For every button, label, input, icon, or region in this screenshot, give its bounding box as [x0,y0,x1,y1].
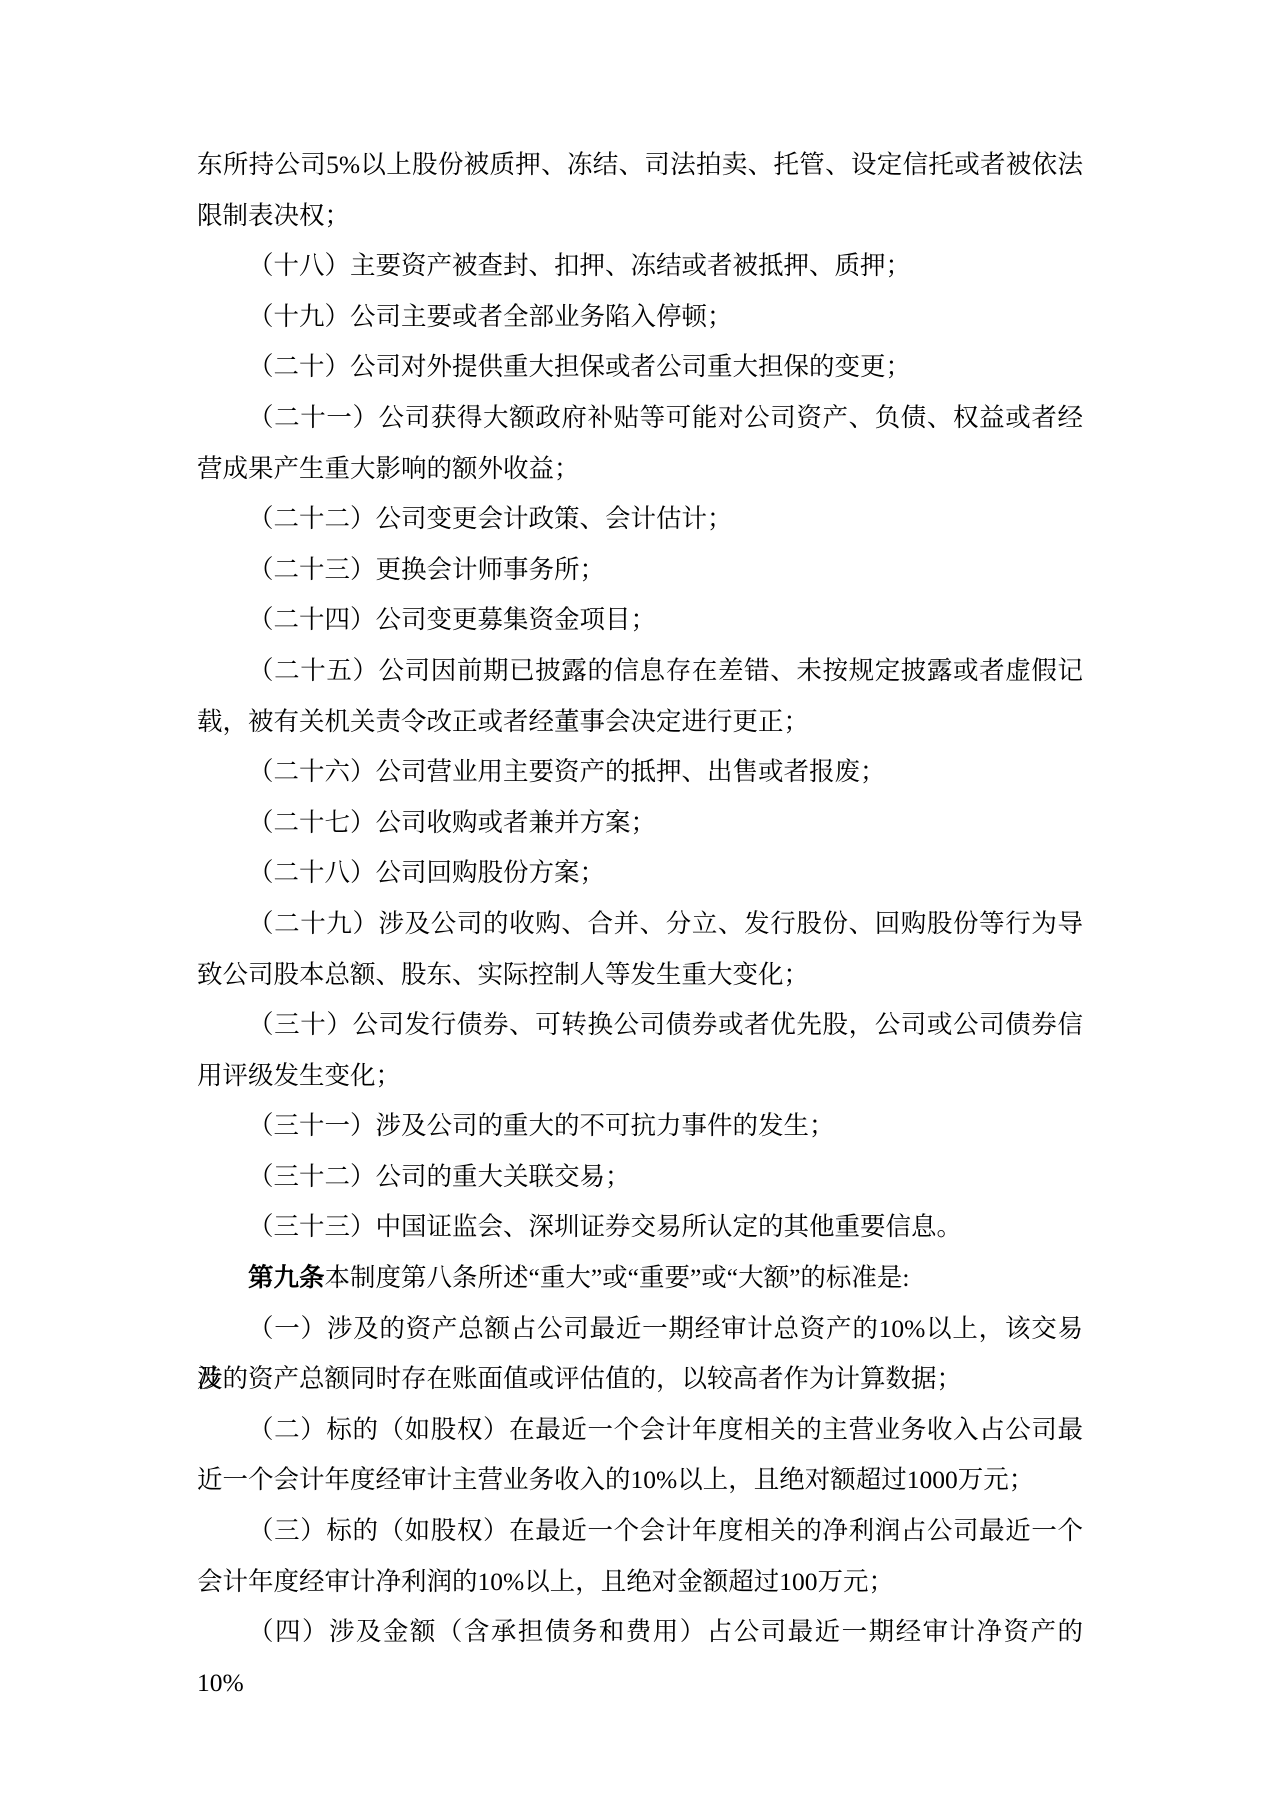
line-text: （二十七）公司收购或者兼并方案； [248,808,656,837]
line-text: （十九）公司主要或者全部业务陷入停顿； [248,302,733,331]
text-line: （三十一）涉及公司的重大的不可抗力事件的发生； [197,1101,1083,1152]
line-text: （二十三）更换会计师事务所； [248,555,605,584]
line-text: 载，被有关机关责令改正或者经董事会决定进行更正； [197,707,809,736]
line-text: （二十六）公司营业用主要资产的抵押、出售或者报废； [248,757,886,786]
line-text: （三）标的（如股权）在最近一个会计年度相关的净利润占公司最近一个 [248,1516,1083,1545]
line-text: （二十一）公司获得大额政府补贴等可能对公司资产、负债、权益或者经 [248,403,1083,432]
line-text: 用评级发生变化； [197,1061,401,1090]
text-line: （二十一）公司获得大额政府补贴等可能对公司资产、负债、权益或者经 [197,393,1083,444]
line-text: （四）涉及金额（含承担债务和费用）占公司最近一期经审计净资产的10% [197,1617,1083,1697]
text-line: 限制表决权； [197,191,1083,242]
text-line: （二十五）公司因前期已披露的信息存在差错、未按规定披露或者虚假记 [197,646,1083,697]
line-text: （二十五）公司因前期已披露的信息存在差错、未按规定披露或者虚假记 [248,656,1083,685]
text-line: （二十七）公司收购或者兼并方案； [197,798,1083,849]
line-text: （三十一）涉及公司的重大的不可抗力事件的发生； [248,1111,835,1140]
line-text: 近一个会计年度经审计主营业务收入的10%以上，且绝对额超过1000万元； [197,1465,1034,1494]
line-text: （三十）公司发行债券、可转换公司债券或者优先股，公司或公司债券信 [248,1010,1083,1039]
line-text: （二十九）涉及公司的收购、合并、分立、发行股份、回购股份等行为导 [248,909,1083,938]
text-line: 东所持公司5%以上股份被质押、冻结、司法拍卖、托管、设定信托或者被依法 [197,140,1083,191]
text-line: 致公司股本总额、股东、实际控制人等发生重大变化； [197,950,1083,1001]
text-line: 近一个会计年度经审计主营业务收入的10%以上，且绝对额超过1000万元； [197,1455,1083,1506]
line-text: （二十二）公司变更会计政策、会计估计； [248,504,733,533]
text-line: 用评级发生变化； [197,1051,1083,1102]
text-line: （一）涉及的资产总额占公司最近一期经审计总资产的10%以上，该交易涉 [197,1304,1083,1355]
text-line: （二十四）公司变更募集资金项目； [197,595,1083,646]
text-line: （二十八）公司回购股份方案； [197,848,1083,899]
document-page: 东所持公司5%以上股份被质押、冻结、司法拍卖、托管、设定信托或者被依法限制表决权… [0,0,1280,1811]
text-line: （三十二）公司的重大关联交易； [197,1152,1083,1203]
line-text: 东所持公司5%以上股份被质押、冻结、司法拍卖、托管、设定信托或者被依法 [197,150,1083,179]
article-number-bold: 第九条 [248,1263,325,1292]
line-text: 限制表决权； [197,201,350,230]
text-line: （二十三）更换会计师事务所； [197,545,1083,596]
document-body: 东所持公司5%以上股份被质押、冻结、司法拍卖、托管、设定信托或者被依法限制表决权… [197,140,1083,1658]
text-line: （二十）公司对外提供重大担保或者公司重大担保的变更； [197,342,1083,393]
line-text: 会计年度经审计净利润的10%以上，且绝对金额超过100万元； [197,1567,894,1596]
line-text: （二十四）公司变更募集资金项目； [248,605,656,634]
line-text: （二十八）公司回购股份方案； [248,858,605,887]
line-text: （三十二）公司的重大关联交易； [248,1162,631,1191]
line-text: 致公司股本总额、股东、实际控制人等发生重大变化； [197,960,809,989]
text-line: （十八）主要资产被查封、扣押、冻结或者被抵押、质押； [197,241,1083,292]
text-line: （三十）公司发行债券、可转换公司债券或者优先股，公司或公司债券信 [197,1000,1083,1051]
text-line: （三十三）中国证监会、深圳证券交易所认定的其他重要信息。 [197,1202,1083,1253]
text-line: 营成果产生重大影响的额外收益； [197,444,1083,495]
text-line: （三）标的（如股权）在最近一个会计年度相关的净利润占公司最近一个 [197,1506,1083,1557]
text-line: （十九）公司主要或者全部业务陷入停顿； [197,292,1083,343]
text-line: 及的资产总额同时存在账面值或评估值的，以较高者作为计算数据； [197,1354,1083,1405]
text-line: （二十二）公司变更会计政策、会计估计； [197,494,1083,545]
text-line: （二十六）公司营业用主要资产的抵押、出售或者报废； [197,747,1083,798]
line-text: （二）标的（如股权）在最近一个会计年度相关的主营业务收入占公司最 [248,1415,1083,1444]
line-text: 及的资产总额同时存在账面值或评估值的，以较高者作为计算数据； [197,1364,962,1393]
line-text: （三十三）中国证监会、深圳证券交易所认定的其他重要信息。 [248,1212,962,1241]
text-line: 会计年度经审计净利润的10%以上，且绝对金额超过100万元； [197,1557,1083,1608]
line-text: （十八）主要资产被查封、扣押、冻结或者被抵押、质押； [248,251,911,280]
line-text: 本制度第八条所述“重大”或“重要”或“大额”的标准是: [325,1263,910,1292]
text-line: （二十九）涉及公司的收购、合并、分立、发行股份、回购股份等行为导 [197,899,1083,950]
line-text: 营成果产生重大影响的额外收益； [197,454,580,483]
text-line: （二）标的（如股权）在最近一个会计年度相关的主营业务收入占公司最 [197,1405,1083,1456]
text-line: 载，被有关机关责令改正或者经董事会决定进行更正； [197,697,1083,748]
text-line: （四）涉及金额（含承担债务和费用）占公司最近一期经审计净资产的10% [197,1607,1083,1658]
text-line: 第九条本制度第八条所述“重大”或“重要”或“大额”的标准是: [197,1253,1083,1304]
line-text: （二十）公司对外提供重大担保或者公司重大担保的变更； [248,352,911,381]
